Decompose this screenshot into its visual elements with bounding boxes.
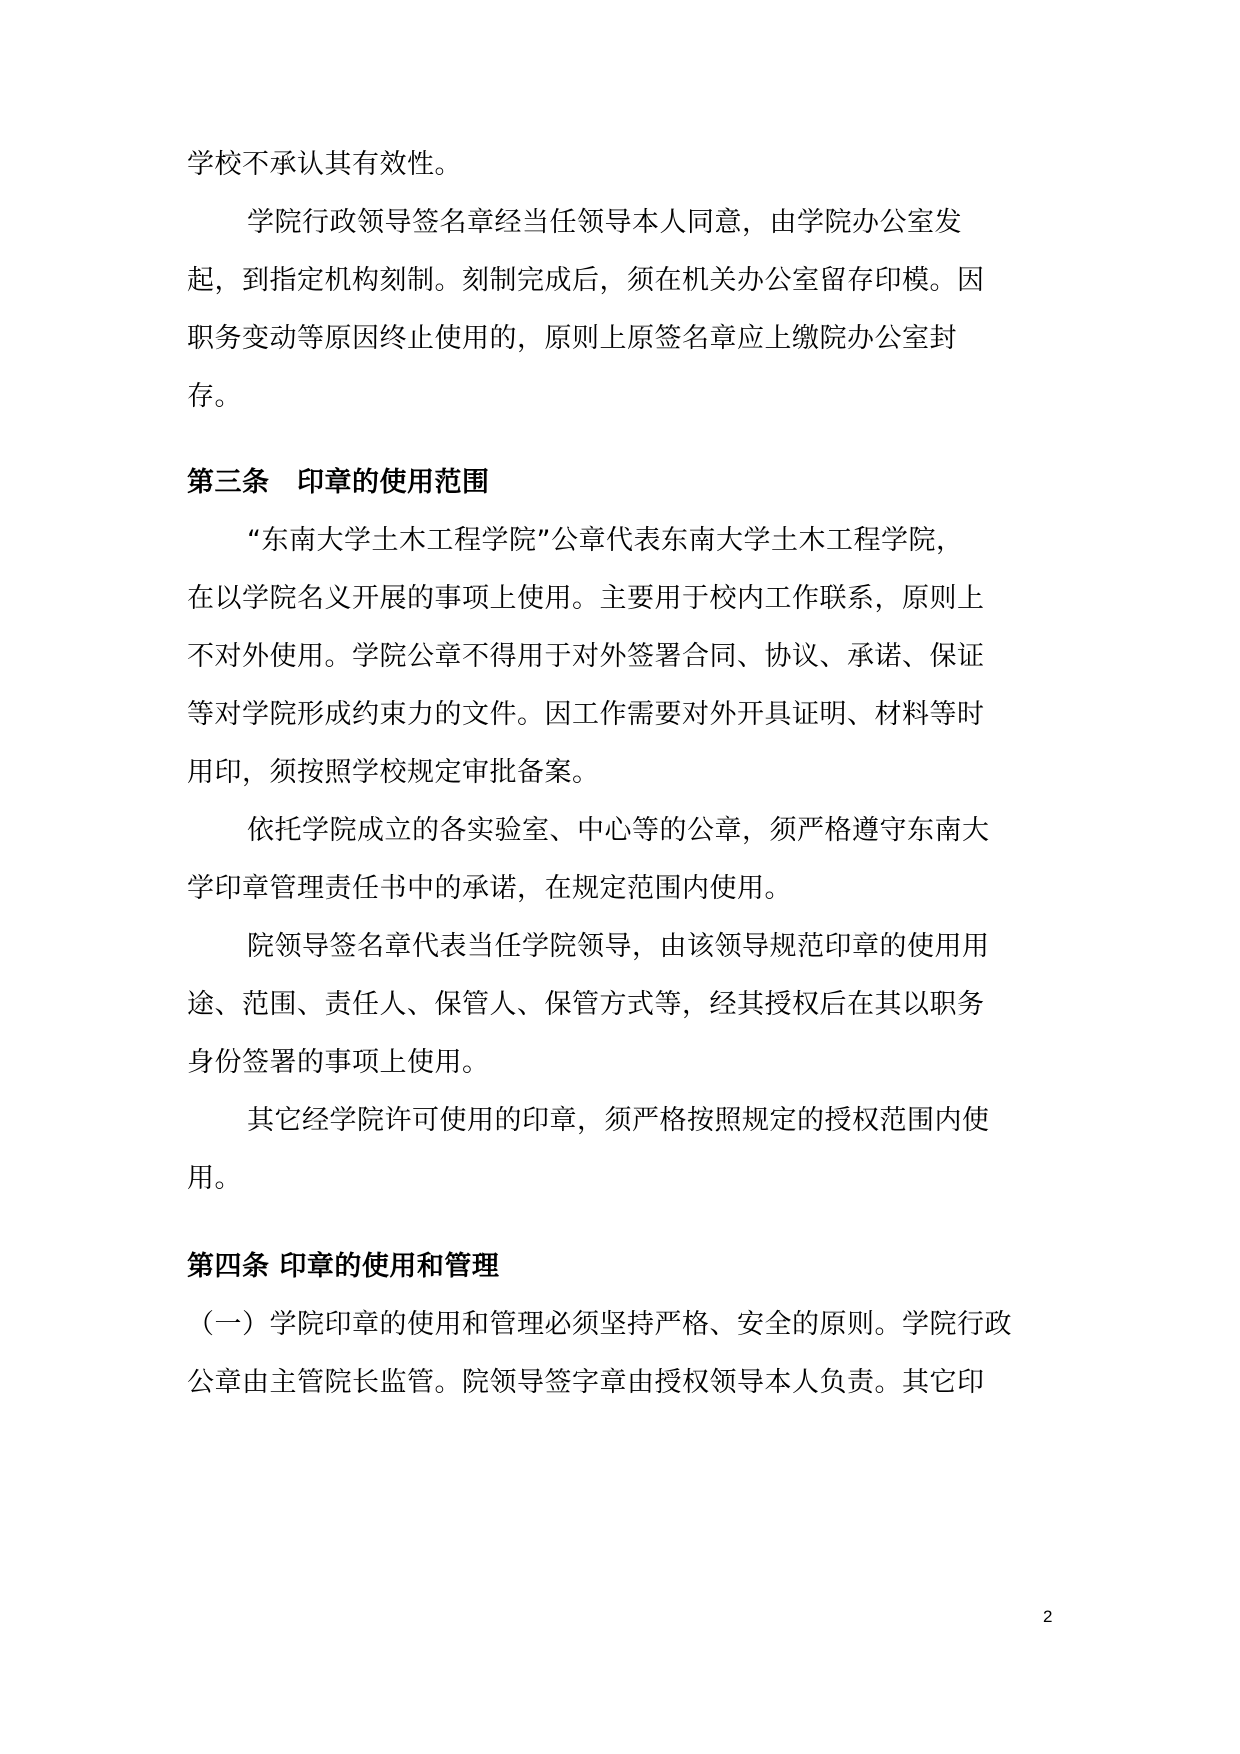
paragraph-line: 起，到指定机构刻制。刻制完成后，须在机关办公室留存印模。因 [187,264,985,298]
paragraph-line: 用印，须按照学校规定审批备案。 [187,756,600,790]
paragraph-line: 职务变动等原因终止使用的，原则上原签名章应上缴院办公室封 [187,322,957,356]
paragraph-line: （一）学院印章的使用和管理必须坚持严格、安全的原则。学院行政 [187,1308,1012,1342]
paragraph-line: 依托学院成立的各实验室、中心等的公章，须严格遵守东南大 [247,814,990,848]
section-heading-article-3: 第三条 印章的使用范围 [187,466,490,500]
section-heading-article-4: 第四条 印章的使用和管理 [187,1250,499,1284]
paragraph-line: 等对学院形成约束力的文件。因工作需要对外开具证明、材料等时 [187,698,985,732]
paragraph-line: “东南大学土木工程学院”公章代表东南大学土木工程学院， [247,524,963,558]
paragraph-line: 学校不承认其有效性。 [187,148,462,182]
paragraph-line: 用。 [187,1162,242,1196]
paragraph-line: 在以学院名义开展的事项上使用。主要用于校内工作联系，原则上 [187,582,985,616]
paragraph-line: 途、范围、责任人、保管人、保管方式等，经其授权后在其以职务 [187,988,985,1022]
paragraph-line: 学院行政领导签名章经当任领导本人同意，由学院办公室发 [247,206,962,240]
paragraph-line: 其它经学院许可使用的印章，须严格按照规定的授权范围内使 [247,1104,990,1138]
paragraph-line: 学印章管理责任书中的承诺，在规定范围内使用。 [187,872,792,906]
paragraph-line: 存。 [187,380,242,414]
paragraph-line: 身份签署的事项上使用。 [187,1046,490,1080]
paragraph-line: 公章由主管院长监管。院领导签字章由授权领导本人负责。其它印 [187,1366,985,1400]
paragraph-line: 不对外使用。学院公章不得用于对外签署合同、协议、承诺、保证 [187,640,985,674]
paragraph-line: 院领导签名章代表当任学院领导，由该领导规范印章的使用用 [247,930,990,964]
page-number: 2 [1043,1607,1052,1627]
